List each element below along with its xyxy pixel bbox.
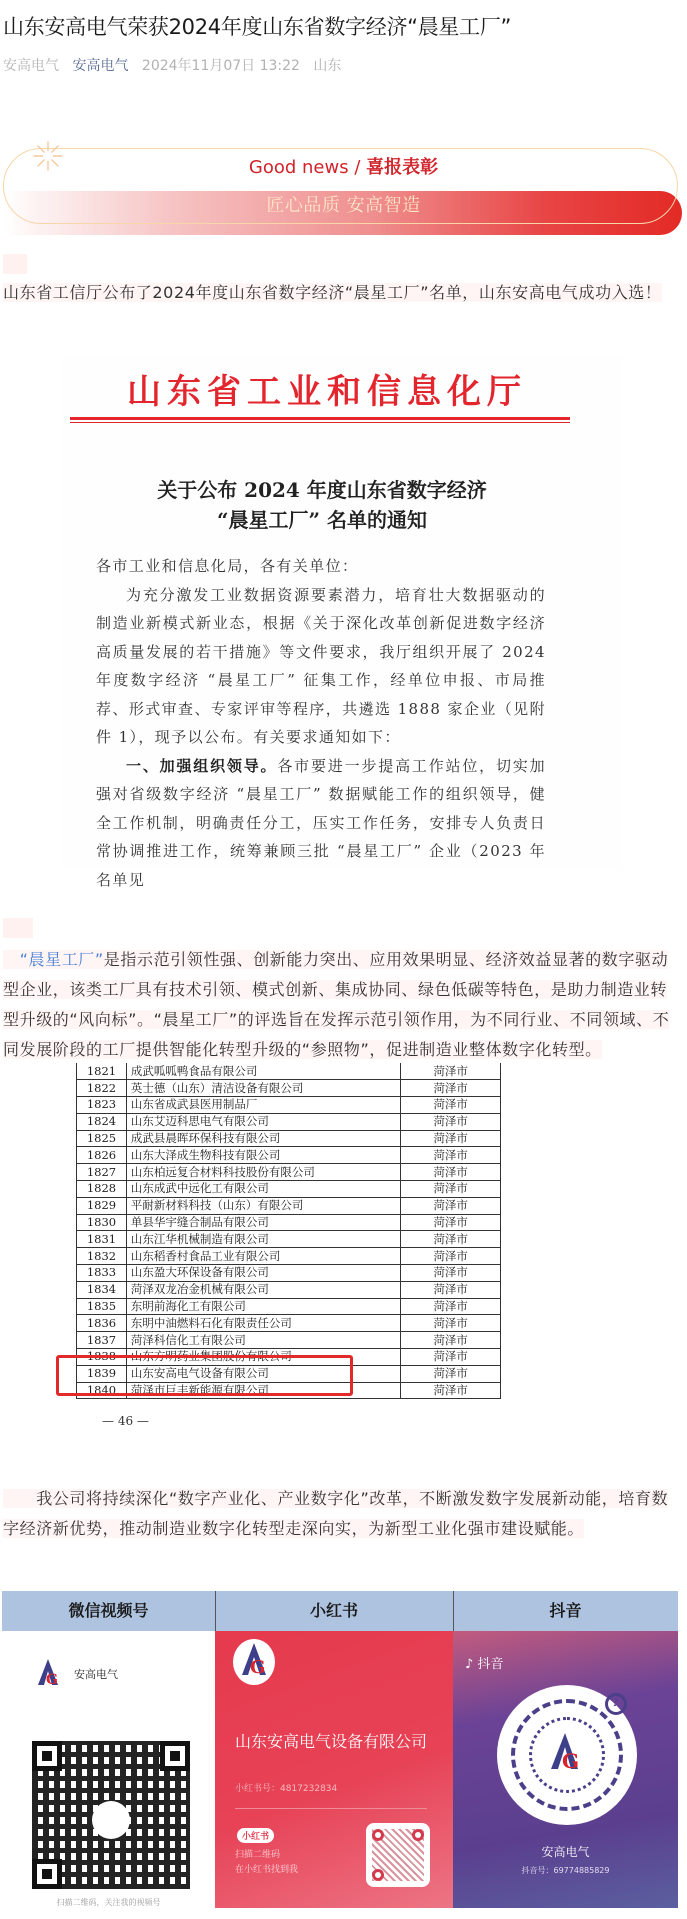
table-row: 1831山东江华机械制造有限公司菏泽市	[77, 1231, 501, 1248]
cell-city: 菏泽市	[401, 1164, 501, 1181]
cell-city: 菏泽市	[401, 1349, 501, 1366]
table-row: 1833山东盈大环保设备有限公司菏泽市	[77, 1265, 501, 1282]
notice-section-1: 一、加强组织领导。各市要进一步提高工作站位，切实加强对省级数字经济 “晨星工厂”…	[96, 752, 546, 895]
notice-paragraph: 为充分激发工业数据资源要素潜力，培育壮大数据驱动的制造业新模式新业态，根据《关于…	[96, 581, 546, 752]
banner-slogan: 匠心品质 安高智造	[0, 194, 687, 218]
cell-city: 菏泽市	[401, 1231, 501, 1248]
cell-no: 1822	[77, 1080, 127, 1097]
xiaohongshu-card: G 山东安高电气设备有限公司 小红书号：4817232834 小红书 扫描二维码…	[215, 1631, 453, 1908]
douyin-qr-code[interactable]: G ♪	[497, 1685, 637, 1825]
cell-name: 山东稻香村食品工业有限公司	[126, 1248, 400, 1265]
closing-paragraph: 我公司将持续深化“数字产业化、产业数字化”改革，不断激发数字发展新动能，培育数字…	[3, 1484, 683, 1544]
cell-name: 平耐新材料科技（山东）有限公司	[126, 1197, 400, 1214]
qr-finder-pattern	[32, 1741, 62, 1771]
table-row: 1823山东省成武县医用制品厂菏泽市	[77, 1097, 501, 1114]
headline-english: Good news /	[249, 157, 366, 178]
xhs-badge: 小红书	[237, 1828, 274, 1843]
table-row: 1830单县华宇缝合制品有限公司菏泽市	[77, 1214, 501, 1231]
table-row: 1825成武县晨晖环保科技有限公司菏泽市	[77, 1130, 501, 1147]
cell-name: 单县华宇缝合制品有限公司	[126, 1214, 400, 1231]
cell-no: 1829	[77, 1197, 127, 1214]
cell-city: 菏泽市	[401, 1248, 501, 1265]
xhs-qr-code[interactable]	[366, 1823, 430, 1887]
cell-city: 菏泽市	[401, 1315, 501, 1332]
cell-city: 菏泽市	[401, 1214, 501, 1231]
cell-name: 菏泽科信化工有限公司	[126, 1332, 400, 1349]
cell-no: 1832	[77, 1248, 127, 1265]
publish-location: 山东	[313, 58, 341, 74]
qr-finder-pattern	[372, 1829, 384, 1841]
douyin-note-icon: ♪	[465, 1657, 473, 1672]
intro-text: 山东省工信厅公布了2024年度山东省数字经济“晨星工厂”名单，山东安高电气成功入…	[3, 283, 662, 302]
cell-name: 山东大泽成生物科技有限公司	[126, 1147, 400, 1164]
cell-no: 1830	[77, 1214, 127, 1231]
douyin-app-label: ♪ 抖音	[465, 1653, 503, 1672]
table-row: 1834菏泽双龙冶金机械有限公司菏泽市	[77, 1281, 501, 1298]
cell-no: 1837	[77, 1332, 127, 1349]
xhs-account-id: 小红书号：4817232834	[235, 1781, 337, 1794]
notice-salutation: 各市工业和信息化局，各有关单位：	[96, 552, 546, 581]
cell-city: 菏泽市	[401, 1147, 501, 1164]
column-divider	[215, 1591, 216, 1631]
header-douyin: 抖音	[453, 1591, 678, 1631]
cell-city: 菏泽市	[401, 1181, 501, 1198]
letterhead-rule-thin	[70, 422, 570, 423]
table-row: 1829平耐新材料科技（山东）有限公司菏泽市	[77, 1197, 501, 1214]
social-accounts-panel: 微信视频号 小红书 抖音 G 安高电气 扫描二维码，关注我的视频号 G 山东安高…	[2, 1591, 678, 1919]
cell-name: 东明前海化工有限公司	[126, 1298, 400, 1315]
letterhead-rule	[70, 417, 570, 420]
divider	[235, 1808, 427, 1809]
cell-name: 成武县晨晖环保科技有限公司	[126, 1130, 400, 1147]
publish-datetime: 2024年11月07日 13:22	[142, 58, 300, 74]
cell-no: 1833	[77, 1265, 127, 1282]
highlight-box-anhigh	[56, 1355, 353, 1396]
table-row: 1837菏泽科信化工有限公司菏泽市	[77, 1332, 501, 1349]
cell-no: 1831	[77, 1231, 127, 1248]
cell-no: 1834	[77, 1281, 127, 1298]
table-row: 1827山东柏远复合材料科技股份有限公司菏泽市	[77, 1164, 501, 1181]
scanned-notice-image: 山东省工业和信息化厅 关于公布 2024 年度山东省数字经济 “晨星工厂” 名单…	[62, 355, 622, 870]
douyin-app-name: 抖音	[477, 1657, 503, 1672]
cell-city: 菏泽市	[401, 1281, 501, 1298]
notice-title-line1: 关于公布 2024 年度山东省数字经济	[62, 475, 582, 505]
wechat-card: G 安高电气 扫描二维码，关注我的视频号	[2, 1631, 215, 1919]
cell-city: 菏泽市	[401, 1130, 501, 1147]
cell-name: 山东省成武县医用制品厂	[126, 1097, 400, 1114]
cell-no: 1823	[77, 1097, 127, 1114]
description-highlight: “晨星工厂”是指示范引领性强、创新能力突出、应用效果明显、经济效益显著的数字驱动…	[3, 950, 669, 1059]
svg-text:G: G	[250, 1657, 265, 1678]
cell-name: 成武呱呱鸭食品有限公司	[126, 1063, 400, 1080]
qr-finder-pattern	[32, 1859, 62, 1889]
paragraph-marker	[3, 918, 33, 938]
cell-no: 1824	[77, 1113, 127, 1130]
section-heading: 一、加强组织领导。	[126, 757, 277, 775]
article-title: 山东安高电气荣获2024年度山东省数字经济“晨星工厂”	[3, 12, 683, 42]
cell-name: 菏泽双龙冶金机械有限公司	[126, 1281, 400, 1298]
description-paragraph: “晨星工厂”是指示范引领性强、创新能力突出、应用效果明显、经济效益显著的数字驱动…	[3, 945, 683, 1065]
cell-name: 山东盈大环保设备有限公司	[126, 1265, 400, 1282]
douyin-card: ♪ 抖音 G ♪ 安高电气 抖音号：69774885829	[453, 1631, 678, 1908]
cell-name: 山东柏远复合材料科技股份有限公司	[126, 1164, 400, 1181]
cell-no: 1826	[77, 1147, 127, 1164]
enterprise-list-table: 1821成武呱呱鸭食品有限公司菏泽市1822英士德（山东）清洁设备有限公司菏泽市…	[76, 1063, 501, 1399]
company-logo-icon: G	[547, 1731, 587, 1775]
cell-city: 菏泽市	[401, 1113, 501, 1130]
cell-no: 1836	[77, 1315, 127, 1332]
notice-title: 关于公布 2024 年度山东省数字经济 “晨星工厂” 名单的通知	[62, 475, 582, 535]
cell-no: 1835	[77, 1298, 127, 1315]
cell-no: 1827	[77, 1164, 127, 1181]
table-row: 1836东明中油燃料石化有限责任公司菏泽市	[77, 1315, 501, 1332]
closing-highlight: 我公司将持续深化“数字产业化、产业数字化”改革，不断激发数字发展新动能，培育数字…	[3, 1489, 668, 1538]
company-logo-icon: G	[35, 1657, 61, 1689]
xhs-company-name: 山东安高电气设备有限公司	[235, 1731, 435, 1753]
good-news-banner: Good news / 喜报表彰 匠心品质 安高智造	[0, 130, 687, 240]
company-logo-icon: G	[233, 1639, 275, 1685]
cell-no: 1821	[77, 1063, 127, 1080]
closing-text: 我公司将持续深化“数字产业化、产业数字化”改革，不断激发数字发展新动能，培育数字…	[3, 1489, 668, 1538]
svg-text:G: G	[46, 1672, 58, 1688]
header-wechat-channels: 微信视频号	[2, 1591, 215, 1631]
cell-name: 山东江华机械制造有限公司	[126, 1231, 400, 1248]
cell-name: 东明中油燃料石化有限责任公司	[126, 1315, 400, 1332]
xhs-caption-line2: 在小红书找到我	[235, 1863, 298, 1878]
cell-city: 菏泽市	[401, 1097, 501, 1114]
department-letterhead: 山东省工业和信息化厅	[127, 370, 527, 414]
cell-city: 菏泽市	[401, 1332, 501, 1349]
cell-city: 菏泽市	[401, 1063, 501, 1080]
cell-city: 菏泽市	[401, 1080, 501, 1097]
intro-paragraph: 山东省工信厅公布了2024年度山东省数字经济“晨星工厂”名单，山东安高电气成功入…	[3, 278, 683, 308]
account-link[interactable]: 安高电气	[72, 58, 128, 74]
column-divider	[453, 1591, 454, 1631]
wechat-caption: 扫描二维码，关注我的视频号	[2, 1897, 215, 1908]
table-row: 1822英士德（山东）清洁设备有限公司菏泽市	[77, 1080, 501, 1097]
xhs-caption-line1: 扫描二维码	[235, 1848, 298, 1863]
article-meta: 安高电气 安高电气 2024年11月07日 13:22 山东	[3, 56, 350, 76]
table-row: 1828山东成武中远化工有限公司菏泽市	[77, 1181, 501, 1198]
cell-name: 山东艾迈科思电气有限公司	[126, 1113, 400, 1130]
table-row: 1835东明前海化工有限公司菏泽市	[77, 1298, 501, 1315]
quote-term: “晨星工厂”	[20, 950, 104, 969]
cell-city: 菏泽市	[401, 1365, 501, 1382]
svg-text:G: G	[562, 1749, 579, 1773]
author-name: 安高电气	[3, 58, 59, 74]
cell-name: 英士德（山东）清洁设备有限公司	[126, 1080, 400, 1097]
cell-city: 菏泽市	[401, 1197, 501, 1214]
cell-no: 1828	[77, 1181, 127, 1198]
douyin-account-id: 抖音号：69774885829	[453, 1865, 678, 1876]
qr-finder-pattern	[412, 1829, 424, 1841]
page-number: — 46 —	[102, 1414, 149, 1428]
table-row: 1832山东稻香村食品工业有限公司菏泽市	[77, 1248, 501, 1265]
section-text: 各市要进一步提高工作站位，切实加强对省级数字经济 “晨星工厂” 数据赋能工作的组…	[96, 757, 546, 889]
notice-body: 各市工业和信息化局，各有关单位： 为充分激发工业数据资源要素潜力，培育壮大数据驱…	[96, 552, 546, 894]
xhs-caption: 扫描二维码 在小红书找到我	[235, 1848, 298, 1878]
qr-finder-pattern	[372, 1869, 384, 1881]
wechat-brand-name: 安高电气	[74, 1666, 118, 1682]
cell-name: 山东成武中远化工有限公司	[126, 1181, 400, 1198]
cell-city: 菏泽市	[401, 1382, 501, 1399]
cell-no: 1825	[77, 1130, 127, 1147]
douyin-account-name: 安高电气	[453, 1843, 678, 1860]
table-row: 1821成武呱呱鸭食品有限公司菏泽市	[77, 1063, 501, 1080]
table-row: 1826山东大泽成生物科技有限公司菏泽市	[77, 1147, 501, 1164]
cell-city: 菏泽市	[401, 1265, 501, 1282]
paragraph-marker	[3, 254, 27, 274]
douyin-small-icon: ♪	[605, 1693, 627, 1715]
table-row: 1824山东艾迈科思电气有限公司菏泽市	[77, 1113, 501, 1130]
qr-logo	[92, 1801, 130, 1839]
notice-title-line2: “晨星工厂” 名单的通知	[62, 505, 582, 535]
headline-chinese: 喜报表彰	[366, 157, 438, 178]
banner-headline: Good news / 喜报表彰	[0, 156, 687, 180]
header-xiaohongshu: 小红书	[215, 1591, 453, 1631]
cell-city: 菏泽市	[401, 1298, 501, 1315]
description-text: 是指示范引领性强、创新能力突出、应用效果明显、经济效益显著的数字驱动型企业，该类…	[3, 950, 669, 1059]
qr-finder-pattern	[160, 1741, 190, 1771]
